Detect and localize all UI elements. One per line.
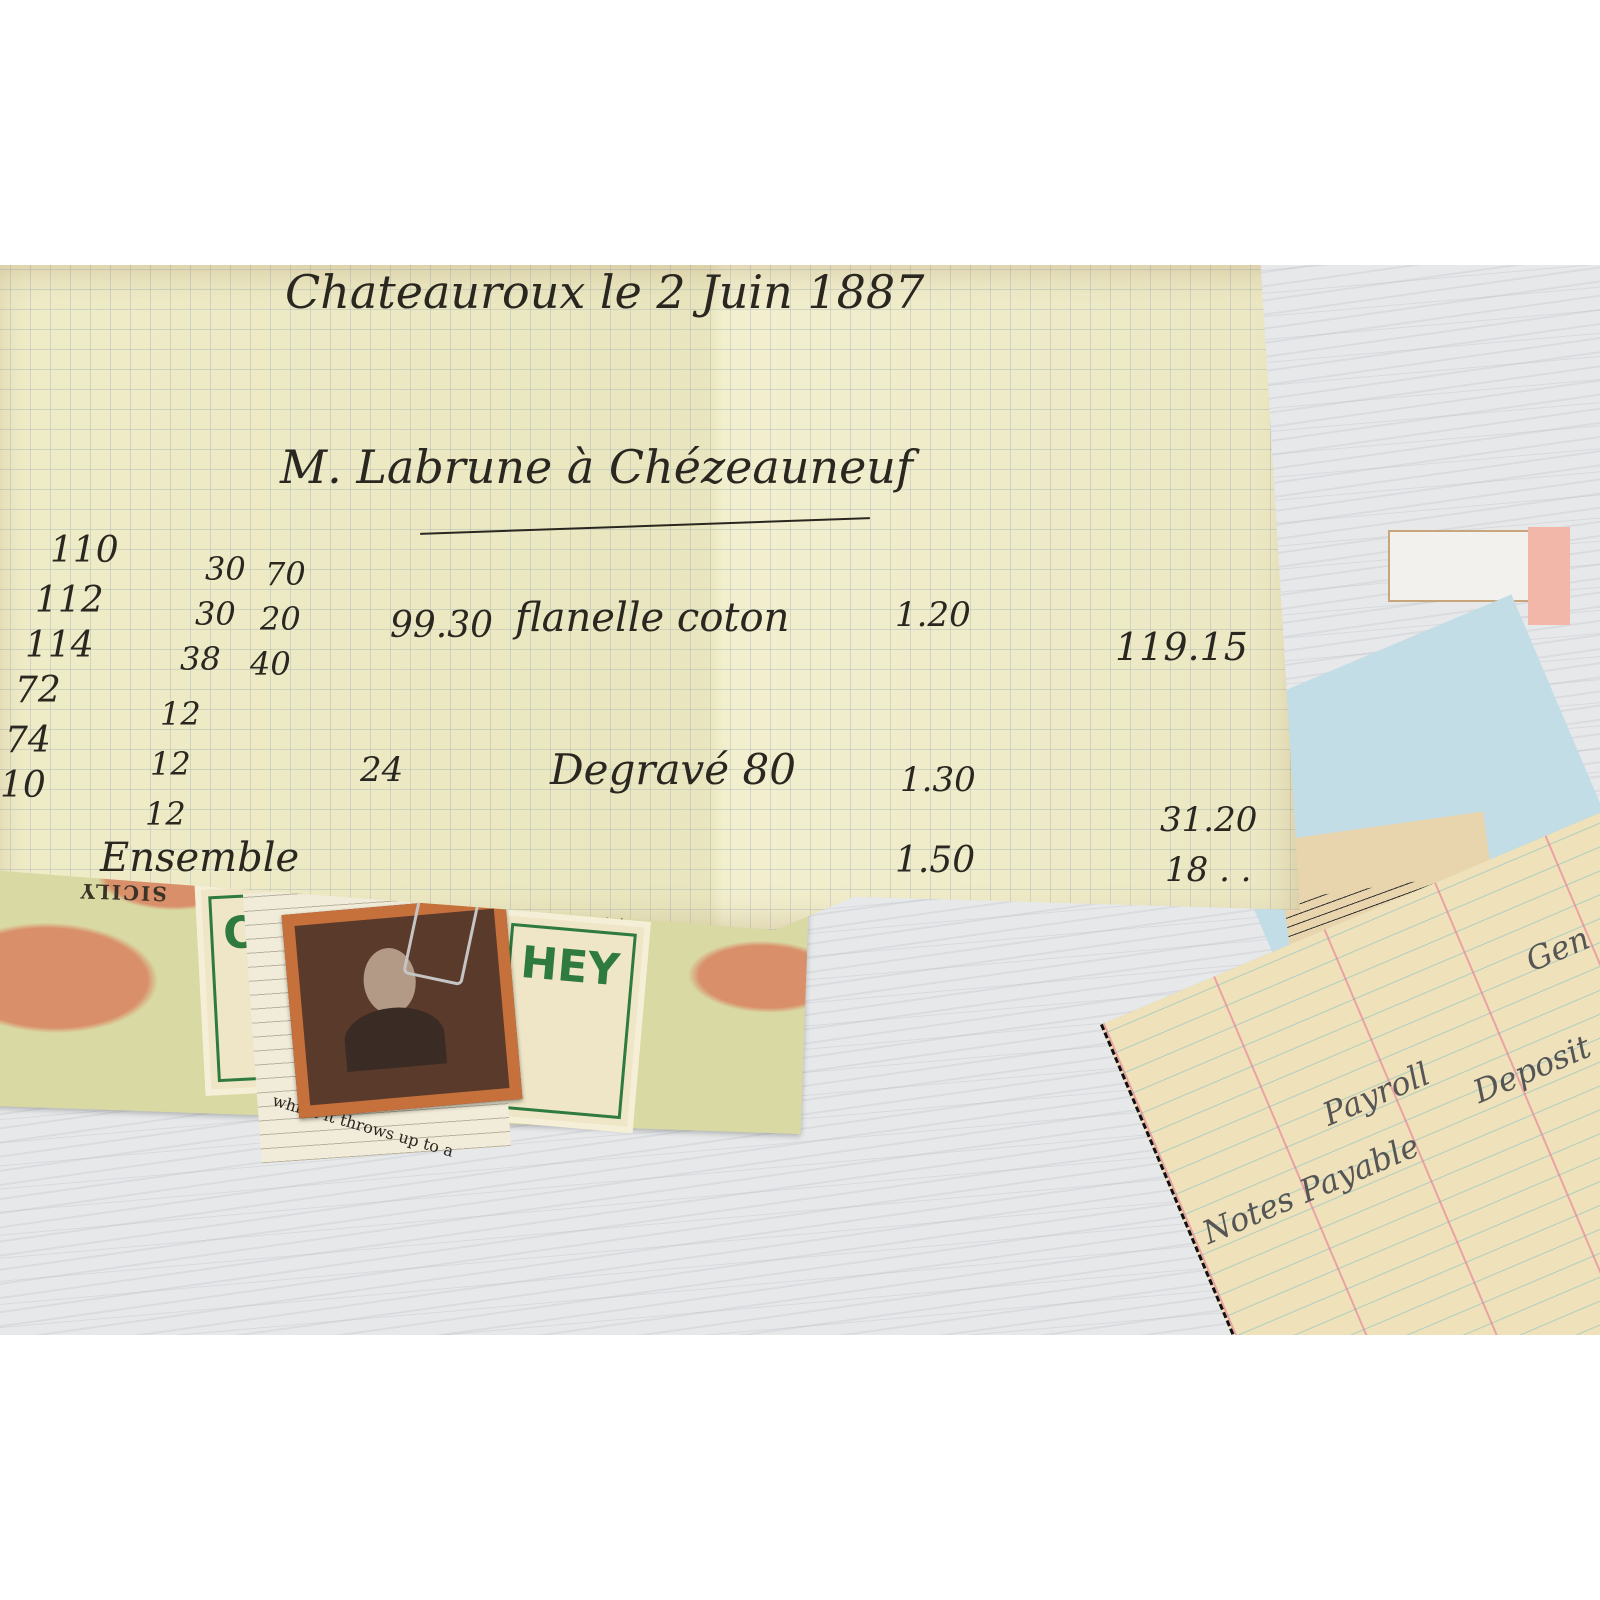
left-col-4: 74: [5, 720, 51, 761]
bill-addressee: M. Labrune à Chézeauneuf: [280, 440, 913, 494]
left-col-5: 10: [0, 765, 46, 806]
unit-price-3: 1.50: [895, 840, 975, 881]
qty-1-a: 30: [195, 595, 236, 633]
left-col-3: 72: [15, 670, 61, 711]
qty-4-a: 12: [150, 745, 191, 783]
bill-footer-fragment: Ensemble: [100, 835, 299, 881]
qty-2-b: 40: [250, 645, 291, 683]
stitched-tag-white: [1388, 530, 1537, 602]
qty-1-b: 20: [260, 600, 301, 638]
qty-3-a: 12: [160, 695, 201, 733]
left-col-1: 112: [35, 580, 104, 621]
total-3: 18 . .: [1165, 850, 1252, 890]
qty-0-b: 70: [265, 555, 306, 593]
item-1: flanelle coton: [515, 595, 789, 641]
left-col-0: 110: [50, 530, 119, 571]
item-2: Degravé 80: [550, 745, 796, 794]
total-1: 119.15: [1115, 625, 1248, 669]
bill-header: Chateauroux le 2 Juin 1887: [285, 265, 924, 319]
qty-5-a: 12: [145, 795, 186, 833]
unit-price-2: 1.30: [900, 760, 976, 800]
total-2: 31.20: [1160, 800, 1257, 840]
subtotal-2: 24: [360, 750, 403, 790]
map-label-sicily: SICILY: [78, 879, 167, 906]
stamp-right-text: HEY: [519, 937, 622, 996]
unit-price-1: 1.20: [895, 595, 971, 635]
left-col-2: 114: [25, 625, 94, 666]
portrait-body: [342, 1004, 447, 1072]
qty-2-a: 38: [180, 640, 221, 678]
french-bill: Chateauroux le 2 Juin 1887 M. Labrune à …: [0, 265, 1300, 930]
stitched-tag-pink: [1528, 527, 1570, 625]
subtotal-1: 99.30: [390, 605, 493, 646]
vintage-portrait: [282, 896, 523, 1119]
qty-0-a: 30: [205, 550, 246, 588]
